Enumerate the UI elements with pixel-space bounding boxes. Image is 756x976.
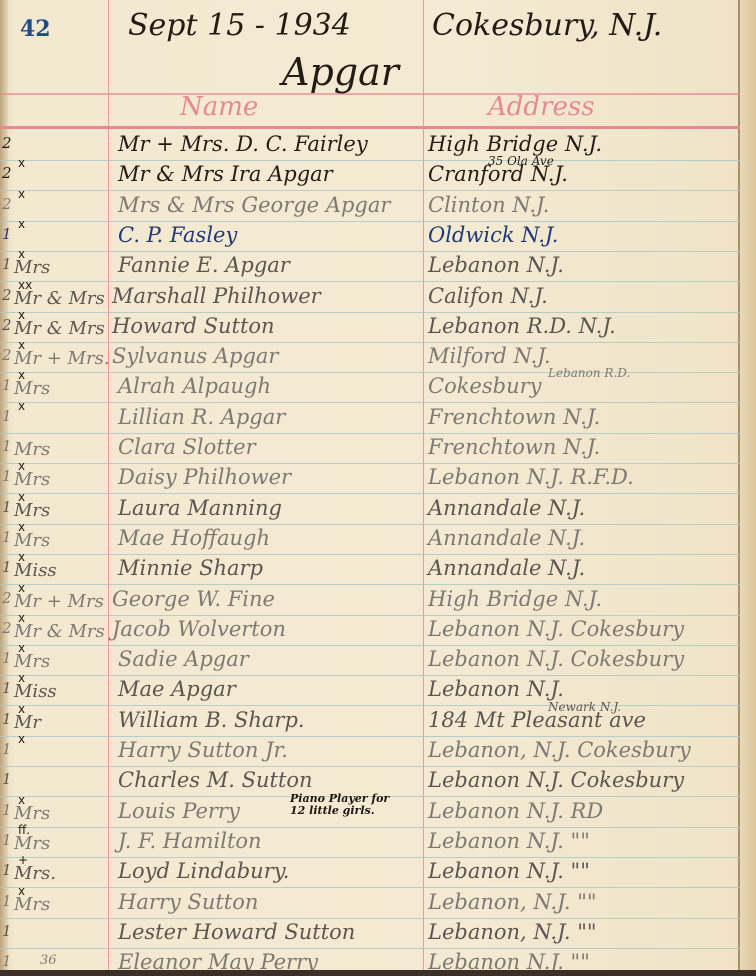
guest-title: Mr & Mrs <box>14 318 105 339</box>
check-mark: x <box>18 732 25 746</box>
table-row: 1Lester Howard SuttonLebanon, N.J. "" <box>0 920 740 950</box>
ledger-title: Apgar <box>282 50 399 94</box>
guest-name: Clara Slotter <box>118 435 256 459</box>
guest-title: Mrs <box>14 439 50 460</box>
address-annotation: 35 Ola Ave <box>488 154 554 168</box>
guest-count: 1 <box>2 710 12 728</box>
guest-count: 1 <box>2 861 12 879</box>
guest-title: Mrs <box>14 469 50 490</box>
guest-count: 1 <box>2 437 12 455</box>
table-row: 1xHarry Sutton Jr.Lebanon, N.J. Cokesbur… <box>0 738 740 768</box>
guest-name: Fannie E. Apgar <box>118 253 290 277</box>
guest-title: Mrs <box>14 378 50 399</box>
guest-count: 2 <box>2 195 12 213</box>
guest-address: Frenchtown N.J. <box>428 435 600 459</box>
guest-count: 1 <box>2 831 12 849</box>
guest-address: Lebanon N.J. RD <box>428 799 603 823</box>
table-row: 1xLillian R. ApgarFrenchtown N.J. <box>0 405 740 435</box>
table-row: 1xMrsHarry SuttonLebanon, N.J. "" <box>0 890 740 920</box>
guest-name: Mr + Mrs. D. C. Fairley <box>118 132 368 156</box>
guest-name: Harry Sutton Jr. <box>118 738 288 762</box>
guest-address: High Bridge N.J. <box>428 587 602 611</box>
guest-name: Laura Manning <box>118 496 282 520</box>
guest-count: 2 <box>2 589 12 607</box>
guest-title: Mr + Mrs. <box>14 348 110 369</box>
guest-title: Miss <box>14 560 57 581</box>
table-row: 2xMr & Mrs Ira ApgarCranford N.J.35 Ola … <box>0 162 740 192</box>
guest-name: Sylvanus Apgar <box>112 344 278 368</box>
entry-place: Cokesbury, N.J. <box>432 8 662 43</box>
guest-title: Mr & Mrs <box>14 288 105 309</box>
guest-address: Annandale N.J. <box>428 556 585 580</box>
check-mark: x <box>18 187 25 201</box>
guest-title: Mrs <box>14 500 50 521</box>
page-bottom-edge <box>0 970 756 976</box>
address-annotation: Newark N.J. <box>548 700 621 714</box>
guest-title: Mr <box>14 712 41 733</box>
guest-name: Mr & Mrs Ira Apgar <box>118 162 333 186</box>
guest-count: 2 <box>2 346 12 364</box>
guest-name: Lillian R. Apgar <box>118 405 285 429</box>
guest-address: High Bridge N.J. <box>428 132 602 156</box>
guest-address: Clinton N.J. <box>428 193 549 217</box>
check-mark: x <box>18 399 25 413</box>
guest-title: Mrs <box>14 894 50 915</box>
table-row: 1xMrsLaura ManningAnnandale N.J. <box>0 496 740 526</box>
guest-count: 1 <box>2 498 12 516</box>
guest-name: J. F. Hamilton <box>118 829 262 853</box>
name-annotation: Piano Player for 12 little girls. <box>290 793 400 817</box>
check-mark: x <box>18 156 25 170</box>
guest-count: 2 <box>2 316 12 334</box>
guest-name: Marshall Philhower <box>112 284 321 308</box>
guest-title: Miss <box>14 681 57 702</box>
guest-title: Mrs <box>14 257 50 278</box>
page-edge <box>738 0 756 976</box>
guest-count: 1 <box>2 952 12 970</box>
guest-address: Lebanon N.J. Cokesbury <box>428 768 684 792</box>
guest-address: Frenchtown N.J. <box>428 405 600 429</box>
table-row: 1xMrsMae HoffaughAnnandale N.J. <box>0 526 740 556</box>
table-row: 1xMrsDaisy PhilhowerLebanon N.J. R.F.D. <box>0 465 740 495</box>
guest-address: Cokesbury <box>428 374 542 398</box>
guest-address: Lebanon N.J. Cokesbury <box>428 617 684 641</box>
guest-name: Mae Apgar <box>118 677 236 701</box>
guest-count: 1 <box>2 407 12 425</box>
guest-count: 2 <box>2 619 12 637</box>
guest-address: Milford N.J. <box>428 344 551 368</box>
table-row: 2Mr + Mrs. D. C. FairleyHigh Bridge N.J. <box>0 132 740 162</box>
guest-count: 1 <box>2 922 12 940</box>
table-row: 1xC. P. FasleyOldwick N.J. <box>0 223 740 253</box>
check-mark: x <box>18 217 25 231</box>
guest-count: 1 <box>2 255 12 273</box>
guest-address: Lebanon N.J. "" <box>428 829 590 853</box>
guest-count: 1 <box>2 770 12 788</box>
guest-count: 1 <box>2 376 12 394</box>
guest-address: Annandale N.J. <box>428 526 585 550</box>
guest-count: 1 <box>2 225 12 243</box>
guest-count: 1 <box>2 892 12 910</box>
address-annotation: Lebanon R.D. <box>548 366 630 380</box>
table-row: 1xMrWilliam B. Sharp.184 Mt Pleasant ave… <box>0 708 740 738</box>
guest-count: 1 <box>2 649 12 667</box>
table-row: 1ff.MrsJ. F. HamiltonLebanon N.J. "" <box>0 829 740 859</box>
guest-address: Lebanon N.J. "" <box>428 859 590 883</box>
table-row: 2xMr + MrsGeorge W. FineHigh Bridge N.J. <box>0 587 740 617</box>
guest-name: Alrah Alpaugh <box>118 374 271 398</box>
guest-name: Lester Howard Sutton <box>118 920 355 944</box>
guest-address: Lebanon N.J. Cokesbury <box>428 647 684 671</box>
guest-address: Lebanon, N.J. "" <box>428 890 597 914</box>
page-number: 42 <box>20 16 51 42</box>
guest-address: Lebanon N.J. <box>428 677 564 701</box>
guest-address: Lebanon N.J. R.F.D. <box>428 465 634 489</box>
header-rule-bottom <box>0 126 740 129</box>
guest-name: Howard Sutton <box>112 314 275 338</box>
ledger-page: 42 Sept 15 - 1934 Cokesbury, N.J. Apgar … <box>0 0 756 976</box>
table-row: 1xMrsLouis PerryLebanon N.J. RDPiano Pla… <box>0 799 740 829</box>
table-row: 1+Mrs.Loyd Lindabury.Lebanon N.J. "" <box>0 859 740 889</box>
guest-address: Califon N.J. <box>428 284 548 308</box>
guest-name: Harry Sutton <box>118 890 258 914</box>
guest-name: Charles M. Sutton <box>118 768 313 792</box>
guest-title: Mrs. <box>14 863 56 884</box>
guest-title: Mrs <box>14 530 50 551</box>
column-header-name: Name <box>180 92 258 122</box>
guest-title: Mrs <box>14 803 50 824</box>
guest-address: Lebanon, N.J. Cokesbury <box>428 738 691 762</box>
guest-title: Mr + Mrs <box>14 591 104 612</box>
guest-name: Louis Perry <box>118 799 240 823</box>
guest-title: Mrs <box>14 833 50 854</box>
guest-address: Lebanon N.J. <box>428 253 564 277</box>
guest-name: Mrs & Mrs George Apgar <box>118 193 390 217</box>
guest-title: Mrs <box>14 651 50 672</box>
table-row: 1MrsClara SlotterFrenchtown N.J. <box>0 435 740 465</box>
guest-count: 1 <box>2 558 12 576</box>
table-row: 2xMrs & Mrs George ApgarClinton N.J. <box>0 193 740 223</box>
table-row: 1xMrsSadie ApgarLebanon N.J. Cokesbury <box>0 647 740 677</box>
guest-name: Jacob Wolverton <box>112 617 286 641</box>
guest-name: Loyd Lindabury. <box>118 859 289 883</box>
guest-count: 2 <box>2 286 12 304</box>
guest-address: Lebanon R.D. N.J. <box>428 314 616 338</box>
guest-name: Mae Hoffaugh <box>118 526 270 550</box>
table-row: 1xMissMinnie SharpAnnandale N.J. <box>0 556 740 586</box>
table-row: 2xxMr & MrsMarshall PhilhowerCalifon N.J… <box>0 284 740 314</box>
guest-address: Lebanon, N.J. "" <box>428 920 597 944</box>
guest-total: 36 <box>40 953 57 968</box>
column-header-address: Address <box>488 92 595 122</box>
guest-name: Daisy Philhower <box>118 465 291 489</box>
guest-name: William B. Sharp. <box>118 708 305 732</box>
guest-name: C. P. Fasley <box>118 223 237 247</box>
table-row: 2xMr & MrsJacob WolvertonLebanon N.J. Co… <box>0 617 740 647</box>
guest-address: Oldwick N.J. <box>428 223 558 247</box>
guest-count: 1 <box>2 467 12 485</box>
guest-count: 1 <box>2 801 12 819</box>
guest-count: 1 <box>2 740 12 758</box>
guest-title: Mr & Mrs <box>14 621 105 642</box>
guest-count: 1 <box>2 679 12 697</box>
guest-address: Annandale N.J. <box>428 496 585 520</box>
guest-count: 1 <box>2 528 12 546</box>
guest-name: George W. Fine <box>112 587 275 611</box>
table-row: 1xMissMae ApgarLebanon N.J. <box>0 677 740 707</box>
table-row: 1xMrsFannie E. ApgarLebanon N.J. <box>0 253 740 283</box>
guest-name: Sadie Apgar <box>118 647 249 671</box>
entry-date: Sept 15 - 1934 <box>128 8 351 43</box>
guest-count: 2 <box>2 134 12 152</box>
table-row: 2xMr & MrsHoward SuttonLebanon R.D. N.J. <box>0 314 740 344</box>
guest-name: Minnie Sharp <box>118 556 263 580</box>
guest-count: 2 <box>2 164 12 182</box>
table-row: 1xMrsAlrah AlpaughCokesburyLebanon R.D. <box>0 374 740 404</box>
